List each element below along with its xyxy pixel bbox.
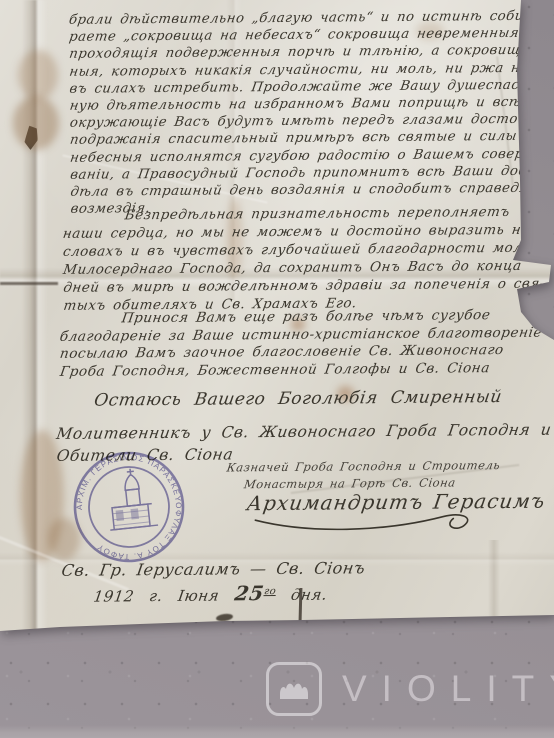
office-lines: Казначей Гроба Господня и Строитель Мона… xyxy=(227,457,501,492)
paragraph-1: брали дѣйствительно „благую часть“ и по … xyxy=(69,8,531,218)
photo-frame: брали дѣйствительно „благую часть“ и по … xyxy=(0,0,554,738)
paragraph-3: Принося Вамъ еще разъ болѣе чѣмъ сугубое… xyxy=(59,307,526,382)
violity-watermark: VIOLITY xyxy=(266,662,554,716)
church-icon xyxy=(104,466,158,530)
date-day-suffix: го xyxy=(263,586,277,597)
office-line: Казначей Гроба Господня и Строитель xyxy=(226,457,502,476)
signature-flourish xyxy=(253,510,493,538)
letter-paper: брали дѣйствительно „благую часть“ и по … xyxy=(0,0,554,738)
date-text: 1912 г. Іюня 25го дня. xyxy=(92,581,329,607)
svg-text:ΑΡΧΙΜ. ΓΕΡΑΣΙΜΟΣ ΠΑΡΑΣΚΕΥΟΦΥΛΑ: ΑΡΧΙΜ. ΓΕΡΑΣΙΜΟΣ ΠΑΡΑΣΚΕΥΟΦΥΛΑΞ ΤΟΥ Α. Τ… xyxy=(70,448,189,567)
date-month: Іюня xyxy=(177,587,221,605)
crown-icon xyxy=(266,662,322,716)
letter-text: брали дѣйствительно „благую часть“ и по … xyxy=(0,0,554,738)
closing-line: Остаюсь Вашего Боголюбія Смиренный xyxy=(94,387,502,411)
date-year: 1912 г. xyxy=(92,587,164,606)
crown-glyph xyxy=(278,677,310,702)
letter-paper-wrap: брали дѣйствительно „благую часть“ и по … xyxy=(0,0,554,738)
stamp-ring-text: ΑΡΧΙΜ. ΓΕΡΑΣΙΜΟΣ ΠΑΡΑΣΚΕΥΟΦΥΛΑΞ ΤΟΥ Α. Τ… xyxy=(70,448,189,567)
monastery-stamp: ΑΡΧΙΜ. ΓΕΡΑΣΙΜΟΣ ΠΑΡΑΣΚΕΥΟΦΥΛΑΞ ΤΟΥ Α. Τ… xyxy=(62,440,196,574)
date-line: 1912 г. Іюня 25го дня. xyxy=(94,581,328,607)
date-day: 25 xyxy=(233,581,266,605)
paragraph-2: Безпредѣльная признательность переполняе… xyxy=(63,204,530,315)
date-word: дня. xyxy=(290,586,329,604)
watermark-text: VIOLITY xyxy=(342,668,554,710)
closing-text: Остаюсь Вашего Боголюбія Смиренный xyxy=(93,387,504,411)
body-line: Гроба Господня, Божественной Голгофы и С… xyxy=(59,360,528,382)
